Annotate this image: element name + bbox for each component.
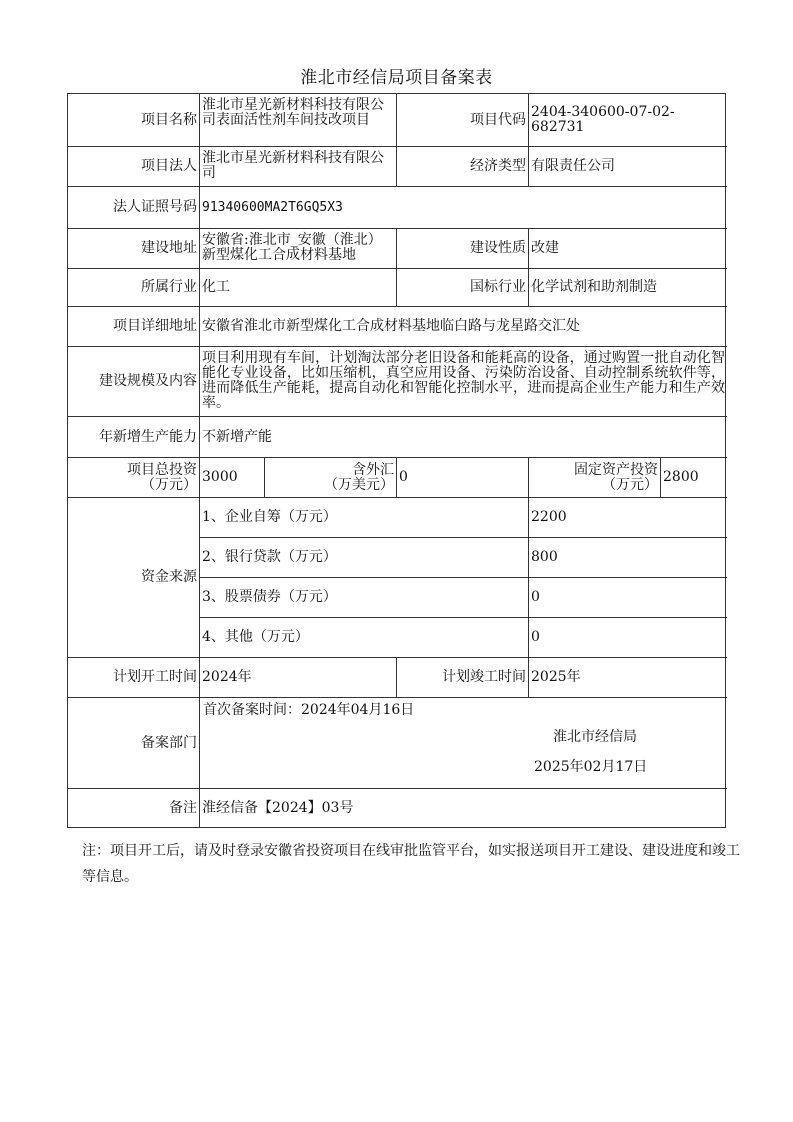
label-fixed-investment-line1: 固定资产投资 [574,463,658,478]
label-total-investment-line1: 项目总投资 [127,463,197,478]
value-license-no: 91340600MA2T6GQ5X3 [200,187,727,229]
value-remarks: 淮经信备【2024】03号 [200,789,727,827]
value-project-code: 2404-340600-07-02-682731 [529,94,727,147]
filing-table: 项目名称 淮北市星光新材料科技有限公司表面活性剂车间技改项目 项目代码 2404… [67,93,726,828]
value-detail-address: 安徽省淮北市新型煤化工合成材料基地临白路与龙星路交汇处 [200,307,727,347]
funds-item-label: 4、其他（万元） [200,618,529,658]
label-start-time: 计划开工时间 [68,658,200,698]
label-foreign-exchange-line1: 含外汇 [352,463,394,478]
filing-date: 2025年02月17日 [534,760,647,775]
value-start-time: 2024年 [200,658,397,698]
label-foreign-exchange: 含外汇 （万美元） [265,458,397,498]
filing-authority: 淮北市经信局 [553,730,637,745]
label-project-name: 项目名称 [68,94,200,147]
label-fixed-investment-line2: （万元） [602,478,658,493]
value-build-nature: 改建 [529,229,727,269]
value-national-industry: 化学试剂和助剂制造 [529,269,727,307]
funds-item-value: 0 [529,618,727,658]
value-economic-type: 有限责任公司 [529,147,727,187]
label-scale-content: 建设规模及内容 [68,347,200,417]
label-project-code: 项目代码 [397,94,529,147]
value-build-address: 安徽省:淮北市_安徽（淮北）新型煤化工合成材料基地 [200,229,397,269]
value-legal-entity: 淮北市星光新材料科技有限公司 [200,147,397,187]
value-total-investment: 3000 [200,458,265,498]
label-fixed-investment: 固定资产投资 （万元） [529,458,661,498]
document-title: 淮北市经信局项目备案表 [0,63,793,88]
label-filing-dept: 备案部门 [68,698,200,789]
funds-item-value: 800 [529,538,727,578]
value-new-capacity: 不新增产能 [200,417,727,458]
value-scale-content: 项目利用现有车间，计划淘汰部分老旧设备和能耗高的设备，通过购置一批自动化智能化专… [200,347,727,417]
label-new-capacity: 年新增生产能力 [68,417,200,458]
label-build-nature: 建设性质 [397,229,529,269]
label-end-time: 计划竣工时间 [397,658,529,698]
value-end-time: 2025年 [529,658,727,698]
label-national-industry: 国标行业 [397,269,529,307]
label-industry: 所属行业 [68,269,200,307]
funds-item-label: 1、企业自筹（万元） [200,498,529,538]
value-filing-dept: 首次备案时间：2024年04月16日 淮北市经信局 2025年02月17日 [200,698,727,789]
label-build-address: 建设地址 [68,229,200,269]
label-economic-type: 经济类型 [397,147,529,187]
value-fixed-investment: 2800 [661,458,727,498]
funds-item-label: 2、银行贷款（万元） [200,538,529,578]
funds-item-value: 2200 [529,498,727,538]
label-foreign-exchange-line2: （万美元） [324,478,394,493]
label-legal-entity: 项目法人 [68,147,200,187]
value-foreign-exchange: 0 [397,458,529,498]
funds-item-value: 0 [529,578,727,618]
label-remarks: 备注 [68,789,200,827]
label-funds: 资金来源 [68,498,200,658]
label-detail-address: 项目详细地址 [68,307,200,347]
value-industry: 化工 [200,269,397,307]
first-filing-time: 首次备案时间：2024年04月16日 [203,703,414,718]
funds-item-label: 3、股票债券（万元） [200,578,529,618]
footnote: 注：项目开工后，请及时登录安徽省投资项目在线审批监管平台，如实报送项目开工建设、… [82,838,742,890]
label-total-investment-line2: （万元） [141,478,197,493]
value-project-name: 淮北市星光新材料科技有限公司表面活性剂车间技改项目 [200,94,397,147]
label-license-no: 法人证照号码 [68,187,200,229]
label-total-investment: 项目总投资 （万元） [68,458,200,498]
